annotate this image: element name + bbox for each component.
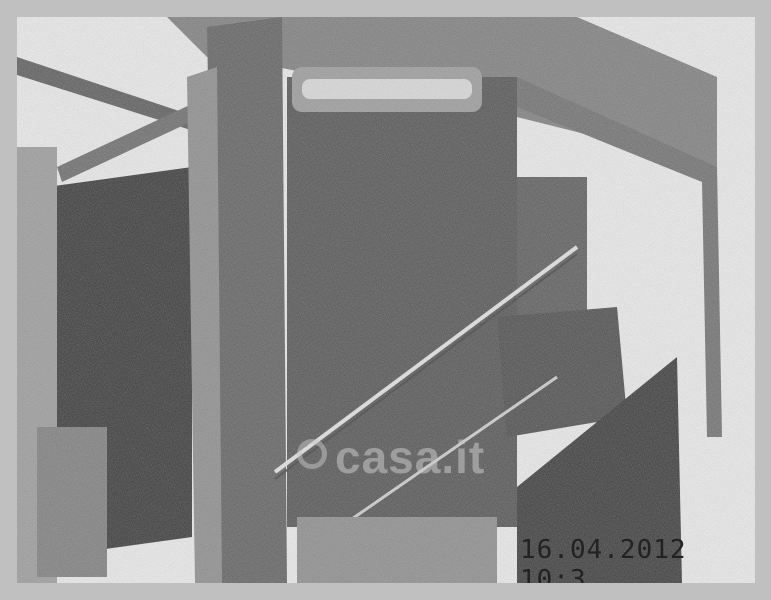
timestamp: 16.04.2012 10:3 — [520, 535, 755, 583]
casa-logo-icon — [297, 439, 327, 469]
photo-scene — [17, 17, 755, 583]
photo: casa.it 16.04.2012 10:3 — [17, 17, 755, 583]
watermark: casa.it — [335, 430, 485, 484]
